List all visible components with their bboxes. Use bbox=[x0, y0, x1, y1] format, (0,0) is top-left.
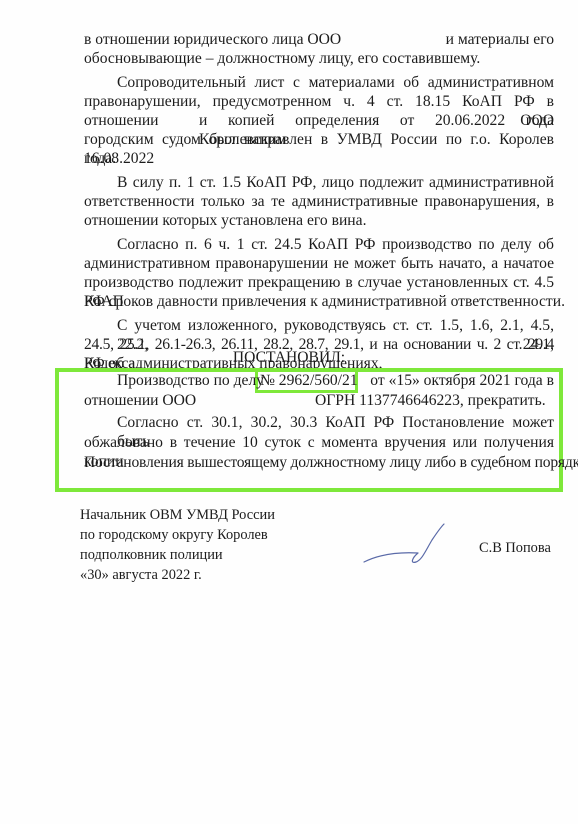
text-line: в отношении юридического лица ООО и мате… bbox=[84, 30, 554, 49]
signer-title: Начальник ОВМ УМВД России bbox=[80, 505, 275, 525]
decision-line: отношении ООО ОГРН 1137746646223, прекра… bbox=[84, 391, 554, 410]
text-fragment: отношении ООО bbox=[84, 392, 196, 409]
document-page: в отношении юридического лица ООО и мате… bbox=[0, 0, 578, 824]
text-line: года. bbox=[84, 149, 554, 168]
text-line: Сопроводительный лист с материалами об а… bbox=[117, 73, 554, 92]
signer-name: С.В Попова bbox=[479, 538, 551, 558]
decision-prefix: Производство по делу bbox=[117, 372, 264, 389]
text-line: РФ сроков давности привлечения к админис… bbox=[84, 292, 554, 311]
signature-date: «30» августа 2022 г. bbox=[80, 565, 202, 585]
signer-rank: подполковник полиции bbox=[80, 545, 223, 565]
decision-suffix: от «15» октября 2021 года в bbox=[370, 371, 554, 390]
text-line: административном правонарушении не может… bbox=[84, 254, 554, 273]
resolution-heading: ПОСТАНОВИЛ: bbox=[0, 348, 578, 367]
ogrn-text: ОГРН 1137746646223, прекратить. bbox=[315, 391, 546, 410]
text-fragment: и материалы его bbox=[446, 30, 554, 49]
handwritten-signature-icon bbox=[360, 520, 450, 570]
text-fragment: в отношении юридического лица ООО bbox=[84, 31, 341, 48]
case-number: № 2962/560/21 bbox=[260, 371, 358, 390]
text-line: Согласно п. 6 ч. 1 ст. 24.5 КоАП РФ прои… bbox=[117, 235, 554, 254]
signer-title: по городскому округу Королев bbox=[80, 525, 268, 545]
decision-line: Производство по делу № 2962/560/21 от «1… bbox=[117, 371, 554, 390]
text-line: отношении которых установлена его вина. bbox=[84, 211, 554, 230]
text-line: ответственности только за те администрат… bbox=[84, 192, 554, 211]
text-line: В силу п. 1 ст. 1.5 КоАП РФ, лицо подлеж… bbox=[117, 173, 554, 192]
decision-line: Постановления вышестоящему должностному … bbox=[84, 453, 554, 472]
text-line: обосновывающие – должностному лицу, его … bbox=[84, 49, 554, 68]
